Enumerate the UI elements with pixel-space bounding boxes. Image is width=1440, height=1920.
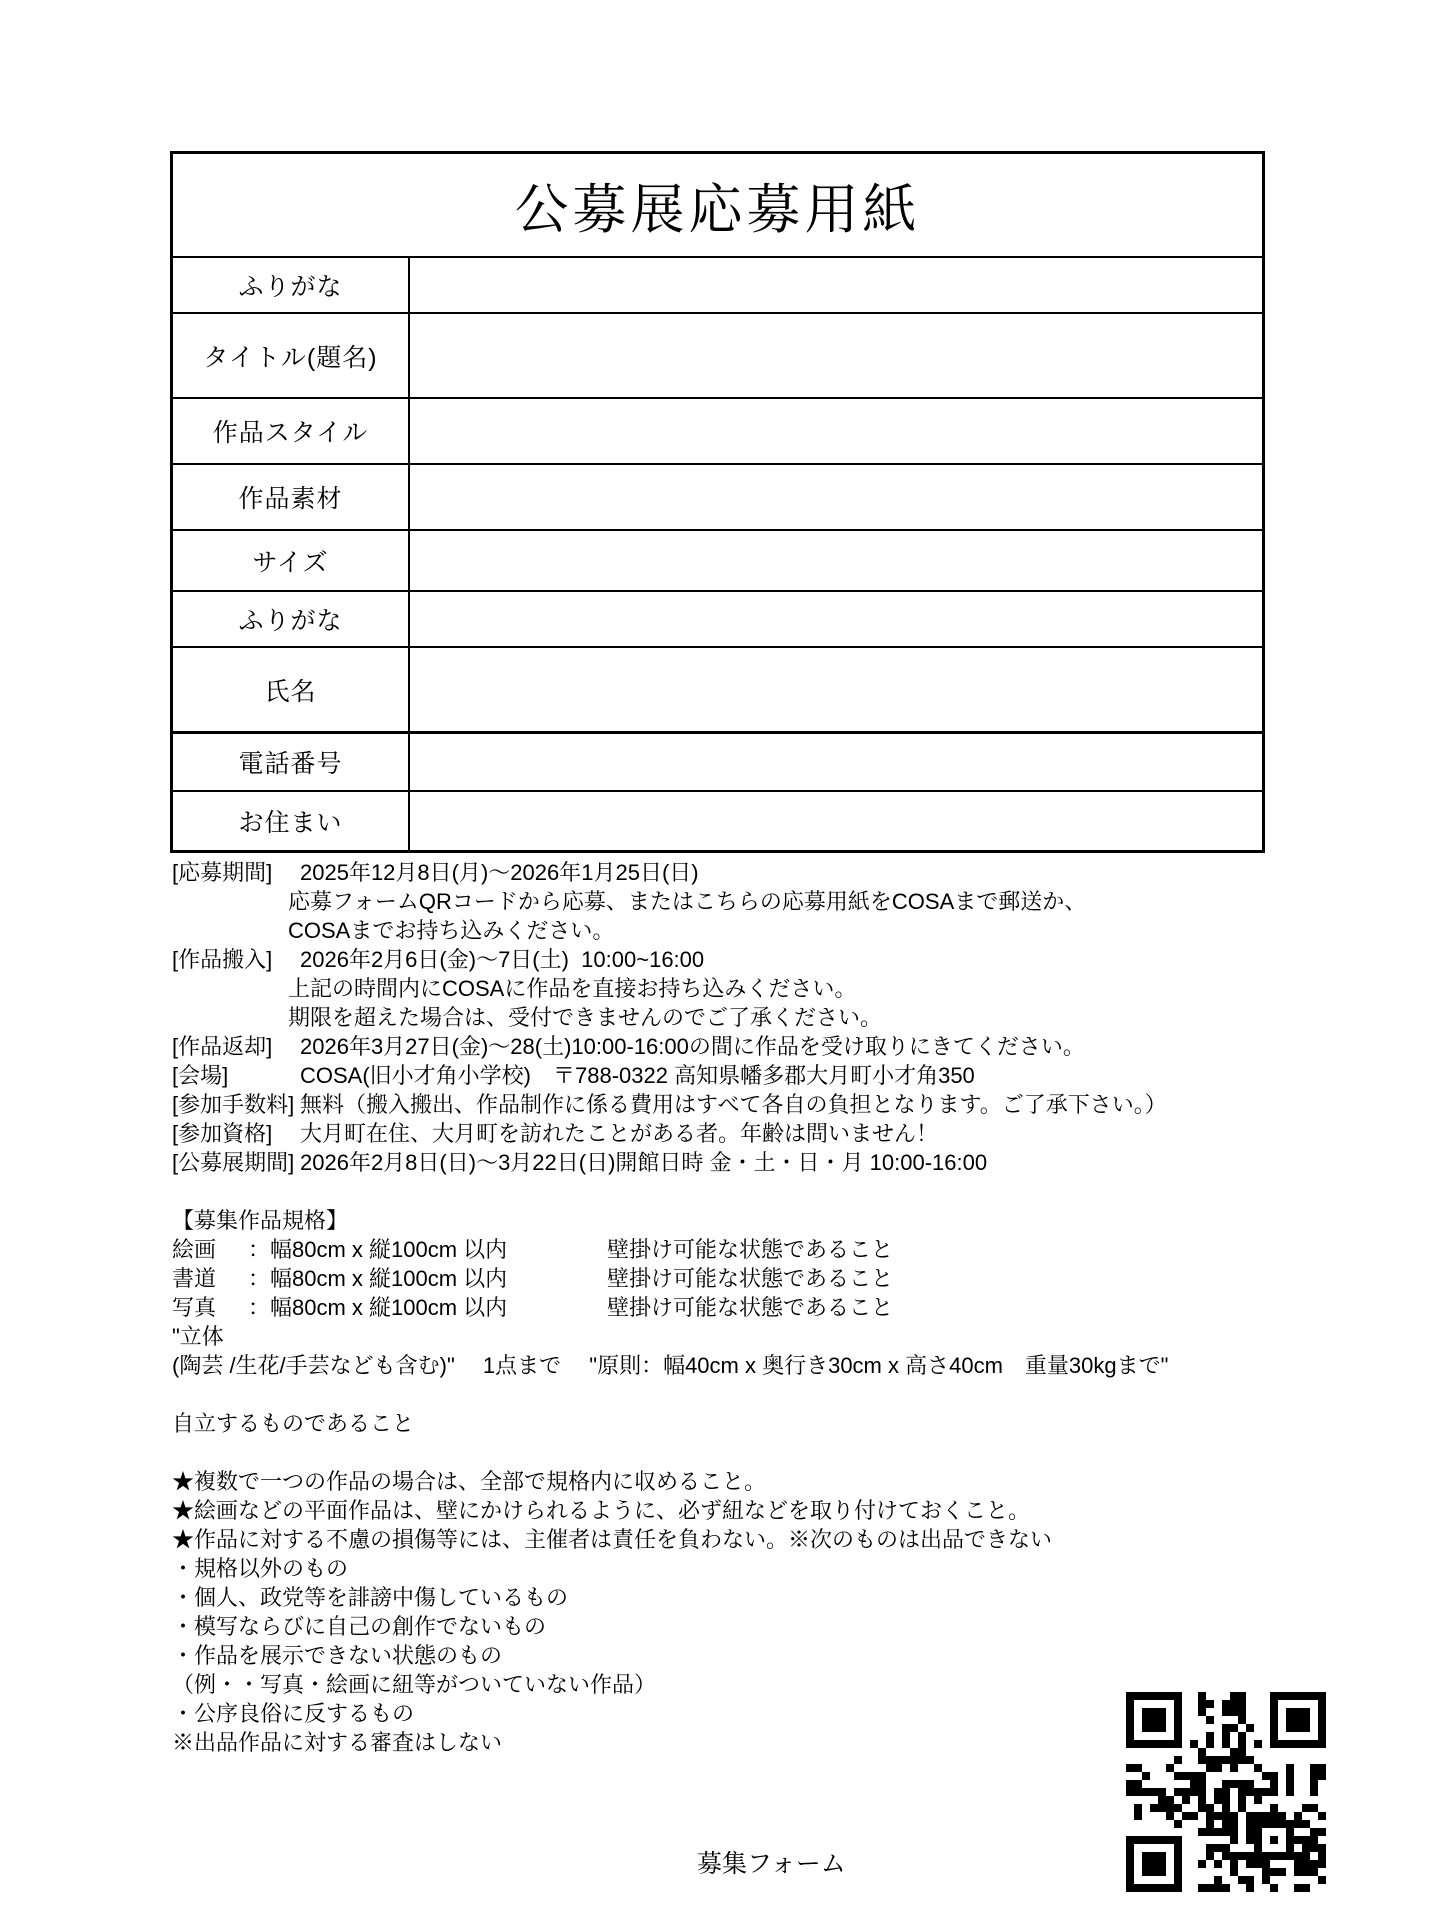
spec-size: ：幅80cm x 縦100cm 以内 xyxy=(248,1235,607,1264)
info-line: 期限を超えた場合は、受付できませんのでご了承ください。 xyxy=(172,1003,1168,1032)
field-address xyxy=(410,792,1262,850)
application-form-table: 公募展応募用紙 ふりがな タイトル(題名) 作品スタイル 作品素材 サイズ ふり… xyxy=(170,151,1265,853)
info-line: [会場]COSA(旧小才角小学校) 〒788-0322 高知県幡多郡大月町小才角… xyxy=(172,1061,1168,1090)
field-furigana-work xyxy=(410,258,1262,312)
info-text: 無料（搬入搬出、作品制作に係る費用はすべて各自の負担となります。ご了承下さい。） xyxy=(300,1090,1167,1119)
note-line: ★複数で一つの作品の場合は、全部で規格内に収めること。 xyxy=(172,1467,1168,1496)
spec-size: ：幅80cm x 縦100cm 以内 xyxy=(248,1293,607,1322)
spec-line-solid: "立体 xyxy=(172,1322,1168,1351)
row-label-material: 作品素材 xyxy=(173,465,410,529)
table-row: 作品スタイル xyxy=(173,399,1262,465)
info-line: 応募フォームQRコードから応募、またはこちらの応募用紙をCOSAまで郵送か、 xyxy=(172,887,1168,916)
table-row: サイズ xyxy=(173,531,1262,592)
note-line: ・規格以外のもの xyxy=(172,1554,1168,1583)
info-label: [作品搬入] xyxy=(172,945,300,974)
info-line: [作品搬入]2026年2月6日(金)～7日(土) 10:00~16:00 xyxy=(172,945,1168,974)
spec-line-solid: 自立するものであること xyxy=(172,1409,1168,1438)
spec-line-solid: (陶芸 /生花/手芸なども含む)" 1点まで "原則：幅40cm x 奥行き30… xyxy=(172,1351,1168,1380)
info-text: 大月町在住、大月町を訪れたことがある者。年齢は問いません！ xyxy=(300,1119,938,1148)
info-line: 上記の時間内にCOSAに作品を直接お持ち込みください。 xyxy=(172,974,1168,1003)
application-form-page: 公募展応募用紙 ふりがな タイトル(題名) 作品スタイル 作品素材 サイズ ふり… xyxy=(0,0,1440,1920)
row-label-furigana-work: ふりがな xyxy=(173,258,410,312)
info-text: COSA(旧小才角小学校) 〒788-0322 高知県幡多郡大月町小才角350 xyxy=(300,1061,975,1090)
table-row: 氏名 xyxy=(173,648,1262,734)
specs-section-title: 【募集作品規格】 xyxy=(172,1206,1168,1235)
form-title-row: 公募展応募用紙 xyxy=(173,154,1262,258)
field-furigana-name xyxy=(410,592,1262,646)
info-section: [応募期間]2025年12月8日(月)～2026年1月25日(日) 応募フォーム… xyxy=(172,858,1168,1757)
spec-note: 壁掛け可能な状態であること xyxy=(607,1264,893,1293)
row-label-style: 作品スタイル xyxy=(173,399,410,463)
row-label-name: 氏名 xyxy=(173,648,410,731)
spec-note: 壁掛け可能な状態であること xyxy=(607,1235,893,1264)
note-line: ・公序良俗に反するもの xyxy=(172,1699,1168,1728)
note-line: ★絵画などの平面作品は、壁にかけられるように、必ず紐などを取り付けておくこと。 xyxy=(172,1496,1168,1525)
note-line: ・模写ならびに自己の創作でないもの xyxy=(172,1612,1168,1641)
note-line: ★作品に対する不慮の損傷等には、主催者は責任を負わない。※次のものは出品できない xyxy=(172,1525,1168,1554)
spec-size: ：幅80cm x 縦100cm 以内 xyxy=(248,1264,607,1293)
spec-category: 写真 xyxy=(172,1293,248,1322)
info-line: [公募展期間]2026年2月8日(日)～3月22日(日)開館日時 金・土・日・月… xyxy=(172,1148,1168,1177)
info-label: [応募期間] xyxy=(172,858,300,887)
spacer xyxy=(172,1380,1168,1409)
info-text: 2026年3月27日(金)～28(土)10:00-16:00の間に作品を受け取り… xyxy=(300,1032,1085,1061)
info-line: [作品返却]2026年3月27日(金)～28(土)10:00-16:00の間に作… xyxy=(172,1032,1168,1061)
info-label: [会場] xyxy=(172,1061,300,1090)
field-title xyxy=(410,314,1262,397)
table-row: ふりがな xyxy=(173,258,1262,314)
note-line: ※出品作品に対する審査はしない xyxy=(172,1728,1168,1757)
info-label: [参加手数料] xyxy=(172,1090,300,1119)
spacer xyxy=(172,1177,1168,1206)
field-phone xyxy=(410,734,1262,790)
field-material xyxy=(410,465,1262,529)
table-row: 電話番号 xyxy=(173,734,1262,792)
spec-note: 壁掛け可能な状態であること xyxy=(607,1293,893,1322)
row-label-size: サイズ xyxy=(173,531,410,590)
row-label-address: お住まい xyxy=(173,792,410,850)
info-text: 2025年12月8日(月)～2026年1月25日(日) xyxy=(300,858,699,887)
info-line: [参加手数料]無料（搬入搬出、作品制作に係る費用はすべて各自の負担となります。ご… xyxy=(172,1090,1168,1119)
table-row: お住まい xyxy=(173,792,1262,850)
spacer xyxy=(172,1438,1168,1467)
info-line: [参加資格]大月町在住、大月町を訪れたことがある者。年齢は問いません！ xyxy=(172,1119,1168,1148)
note-line: ・個人、政党等を誹謗中傷しているもの xyxy=(172,1583,1168,1612)
field-size xyxy=(410,531,1262,590)
field-name xyxy=(410,648,1262,731)
info-text: 2026年2月8日(日)～3月22日(日)開館日時 金・土・日・月 10:00-… xyxy=(300,1148,987,1177)
row-label-title: タイトル(題名) xyxy=(173,314,410,397)
spec-line: 写真：幅80cm x 縦100cm 以内壁掛け可能な状態であること xyxy=(172,1293,1168,1322)
qr-caption: 募集フォーム xyxy=(697,1849,846,1879)
table-row: 作品素材 xyxy=(173,465,1262,531)
spec-category: 絵画 xyxy=(172,1235,248,1264)
info-line: COSAまでお持ち込みください。 xyxy=(172,916,1168,945)
field-style xyxy=(410,399,1262,463)
row-label-phone: 電話番号 xyxy=(173,734,410,790)
info-text: 2026年2月6日(金)～7日(土) 10:00~16:00 xyxy=(300,945,704,974)
row-label-furigana-name: ふりがな xyxy=(173,592,410,646)
table-row: ふりがな xyxy=(173,592,1262,648)
qr-code xyxy=(1126,1692,1326,1892)
spec-line: 書道：幅80cm x 縦100cm 以内壁掛け可能な状態であること xyxy=(172,1264,1168,1293)
page-title: 公募展応募用紙 xyxy=(515,167,921,244)
info-label: [作品返却] xyxy=(172,1032,300,1061)
info-label: [公募展期間] xyxy=(172,1148,300,1177)
note-line: ・作品を展示できない状態のもの xyxy=(172,1641,1168,1670)
table-row: タイトル(題名) xyxy=(173,314,1262,399)
info-line: [応募期間]2025年12月8日(月)～2026年1月25日(日) xyxy=(172,858,1168,887)
info-label: [参加資格] xyxy=(172,1119,300,1148)
spec-category: 書道 xyxy=(172,1264,248,1293)
note-line: （例・・写真・絵画に紐等がついていない作品） xyxy=(172,1670,1168,1699)
spec-line: 絵画：幅80cm x 縦100cm 以内壁掛け可能な状態であること xyxy=(172,1235,1168,1264)
